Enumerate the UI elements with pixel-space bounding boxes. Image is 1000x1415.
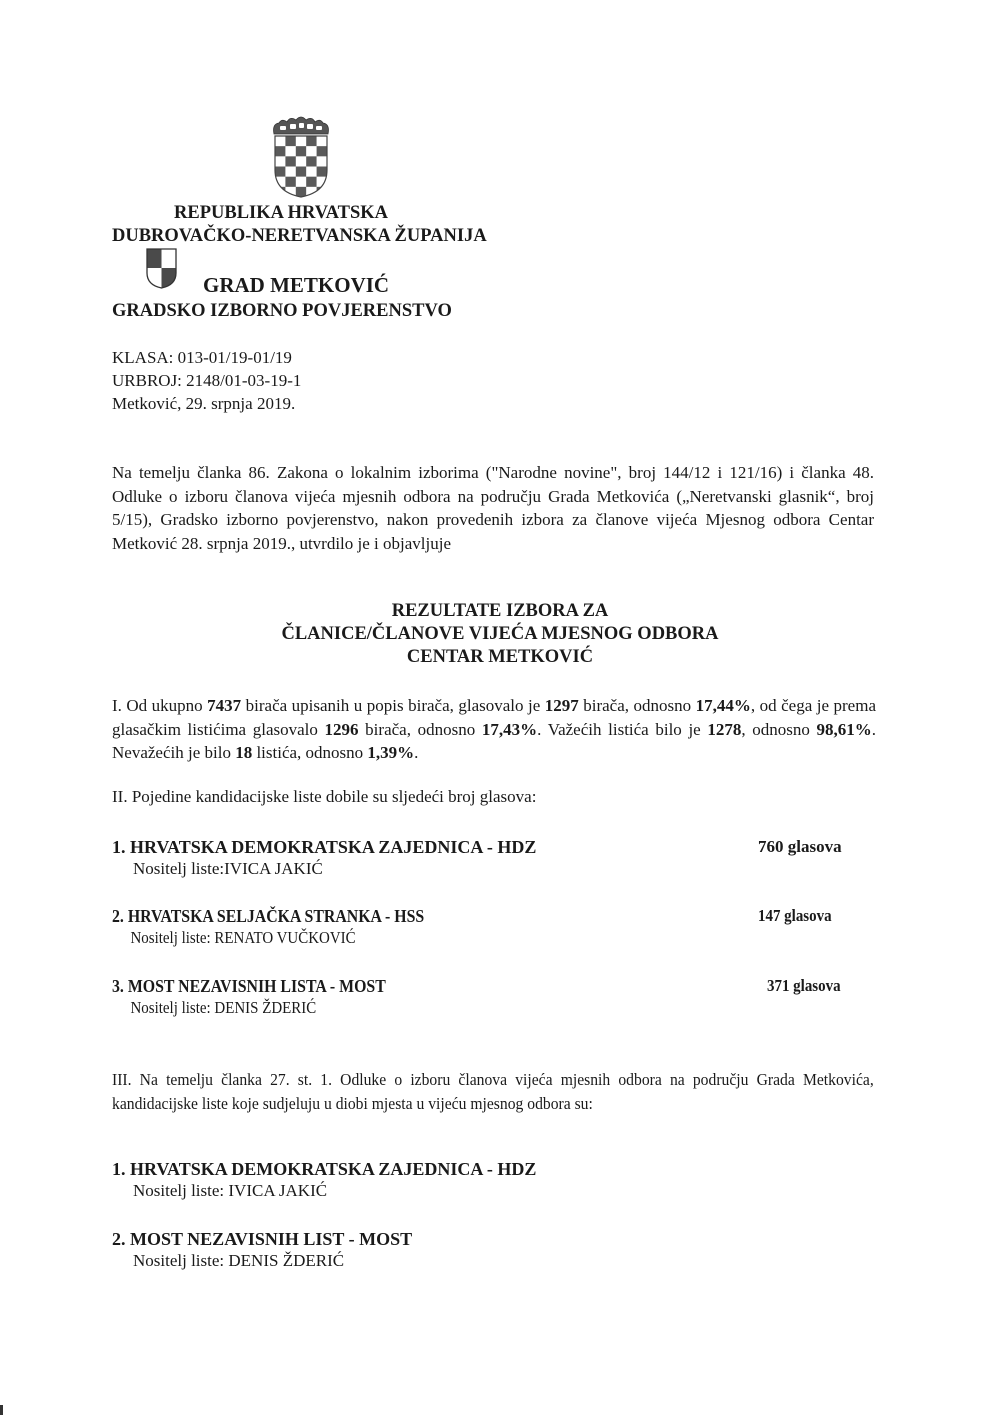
- party-name: 3. MOST NEZAVISNIH LISTA - MOST: [112, 975, 781, 997]
- allocation-item: 1. HRVATSKA DEMOKRATSKA ZAJEDNICA - HDZ …: [112, 1158, 872, 1202]
- vote-count: 147 glasova: [758, 905, 832, 927]
- voters-voted: 1297: [545, 696, 579, 715]
- intro-paragraph: Na temelju članka 86. Zakona o lokalnim …: [112, 461, 874, 555]
- allocation-item: 2. MOST NEZAVISNIH LIST - MOST Nositelj …: [112, 1228, 872, 1272]
- croatian-coat-of-arms-icon: [270, 112, 332, 198]
- list-leader: Nositelj liste: RENATO VUČKOVIĆ: [112, 927, 781, 949]
- title-line-2: ČLANICE/ČLANOVE VIJEĆA MJESNOG ODBORA: [240, 623, 760, 646]
- registered-voters: 7437: [207, 696, 241, 715]
- text: birača, odnosno: [579, 696, 696, 715]
- party-name: 2. MOST NEZAVISNIH LIST - MOST: [112, 1228, 872, 1250]
- party-name: 1. HRVATSKA DEMOKRATSKA ZAJEDNICA - HDZ: [112, 1158, 872, 1180]
- party-name: 2. HRVATSKA SELJAČKA STRANKA - HSS: [112, 905, 781, 927]
- turnout-percent: 17,44%: [696, 696, 751, 715]
- scan-artifact: [0, 1405, 3, 1415]
- county-name: DUBROVAČKO-NERETVANSKA ŽUPANIJA: [112, 225, 487, 247]
- list-leader: Nositelj liste: DENIS ŽDERIĆ: [112, 1250, 872, 1272]
- result-item: 2. HRVATSKA SELJAČKA STRANKA - HSS Nosit…: [112, 905, 872, 949]
- result-item: 3. MOST NEZAVISNIH LISTA - MOST Nositelj…: [112, 975, 872, 1019]
- ballots-percent: 17,43%: [482, 720, 537, 739]
- turnout-paragraph: I. Od ukupno 7437 birača upisanih u popi…: [112, 694, 876, 765]
- text: I. Od ukupno: [112, 696, 207, 715]
- place-date: Metković, 29. srpnja 2019.: [112, 392, 295, 415]
- allocation-intro: III. Na temelju članka 27. st. 1. Odluke…: [112, 1068, 874, 1115]
- valid-ballots: 1278: [707, 720, 741, 739]
- klasa-reference: KLASA: 013-01/19-01/19: [112, 346, 292, 369]
- list-leader: Nositelj liste:IVICA JAKIĆ: [112, 858, 872, 880]
- city-name: GRAD METKOVIĆ: [203, 273, 389, 298]
- country-name: REPUBLIKA HRVATSKA: [174, 202, 388, 224]
- text: birača, odnosno: [359, 720, 482, 739]
- invalid-ballots: 18: [235, 743, 252, 762]
- issuing-body: GRADSKO IZBORNO POVJERENSTVO: [112, 300, 452, 322]
- ballots-count: 1296: [325, 720, 359, 739]
- vote-count: 371 glasova: [767, 975, 841, 997]
- text: . Važećih listića bilo je: [537, 720, 707, 739]
- list-leader: Nositelj liste: IVICA JAKIĆ: [112, 1180, 872, 1202]
- text: .: [414, 743, 418, 762]
- metkovic-shield-icon: [145, 247, 178, 289]
- document-title: REZULTATE IZBORA ZA ČLANICE/ČLANOVE VIJE…: [240, 600, 760, 669]
- title-line-1: REZULTATE IZBORA ZA: [240, 600, 760, 623]
- title-line-3: CENTAR METKOVIĆ: [240, 646, 760, 669]
- valid-percent: 98,61%: [817, 720, 872, 739]
- list-leader: Nositelj liste: DENIS ŽDERIĆ: [112, 997, 781, 1019]
- text: listića, odnosno: [252, 743, 367, 762]
- result-item: 1. HRVATSKA DEMOKRATSKA ZAJEDNICA - HDZ …: [112, 836, 872, 880]
- results-intro: II. Pojedine kandidacijske liste dobile …: [112, 787, 876, 807]
- invalid-percent: 1,39%: [367, 743, 414, 762]
- vote-count: 760 glasova: [758, 836, 842, 858]
- text: , odnosno: [741, 720, 816, 739]
- urbroj-reference: URBROJ: 2148/01-03-19-1: [112, 369, 301, 392]
- text: birača upisanih u popis birača, glasoval…: [241, 696, 545, 715]
